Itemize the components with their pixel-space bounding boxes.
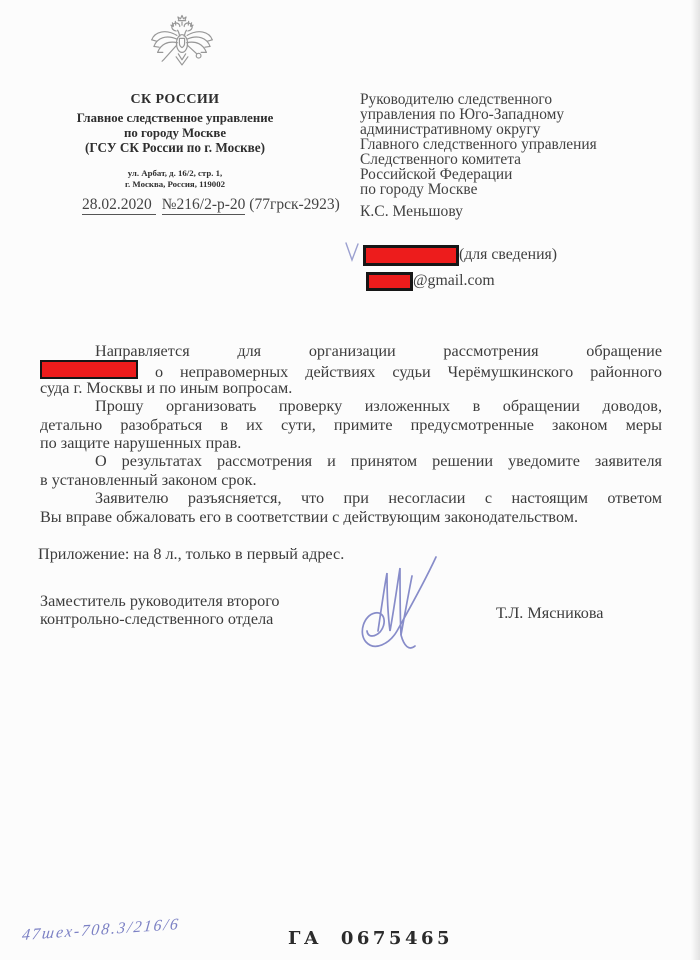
- letter-date: 28.02.2020: [82, 196, 156, 215]
- org-name: СК РОССИИ: [35, 92, 315, 108]
- letter-body: Направляется для организации рассмотрени…: [40, 342, 662, 526]
- letter-number-note: (77грск-2923): [245, 196, 339, 213]
- email-domain-label: @gmail.com: [413, 272, 495, 290]
- body-line: детально разобраться в их сути, примите …: [40, 416, 662, 434]
- org-abbreviation: (ГСУ СК России по г. Москве): [35, 140, 315, 156]
- org-department: Главное следственное управление по город…: [35, 111, 315, 140]
- signer-name: Т.Л. Мясникова: [496, 604, 604, 623]
- scanned-letter-page: { "colors":{ "redaction":"#ed1c1c", "red…: [0, 0, 700, 960]
- date-and-number-line: 28.02.2020№216/2-р-20 (77грск-2923): [82, 196, 340, 214]
- scan-edge-shadow: [691, 0, 700, 960]
- redacted-email-row: @gmail.com: [366, 271, 495, 291]
- recipient-line: по городу Москве: [360, 182, 660, 197]
- body-line: суда г. Москвы и по иным вопросам.: [40, 379, 662, 397]
- body-line: О результатах рассмотрения и принятом ре…: [40, 452, 662, 470]
- body-line-with-redaction: о неправомерных действиях судьи Черёмушк…: [40, 360, 662, 378]
- body-line: Направляется для организации рассмотрени…: [40, 342, 662, 360]
- recipient-block: Руководителю следственного управления по…: [360, 92, 660, 197]
- redaction-box: [363, 245, 459, 266]
- letter-number: №216/2-р-20: [162, 196, 246, 215]
- handwritten-case-number: 47шех-708.3/216/6: [21, 916, 181, 945]
- signer-position-line2: контрольно-следственного отдела: [40, 610, 280, 628]
- body-line: по защите нарушенных прав.: [40, 434, 662, 452]
- body-line: Вы вправе обжаловать его в соответствии …: [40, 508, 662, 526]
- recipient-line: Главного следственного управления: [360, 137, 660, 152]
- form-serial-number: ГА 0675465: [288, 928, 453, 949]
- body-line: Заявителю разъясняется, что при несоглас…: [40, 489, 662, 507]
- recipient-line: Следственного комитета: [360, 152, 660, 167]
- signer-position-line1: Заместитель руководителя второго: [40, 592, 280, 610]
- redaction-box: [40, 360, 138, 379]
- redacted-copy-row: (для сведения): [363, 244, 557, 266]
- recipient-line: управления по Юго-Западному: [360, 107, 660, 122]
- signature-ink: [333, 551, 453, 661]
- recipient-line: Российской Федерации: [360, 167, 660, 182]
- recipient-line: Руководителю следственного: [360, 92, 660, 107]
- copy-note-label: (для сведения): [459, 246, 557, 264]
- body-line: в установленный законом срок.: [40, 471, 662, 489]
- coat-of-arms-icon: [143, 14, 221, 76]
- org-address: ул. Арбат, д. 16/2, стр. 1, г. Москва, Р…: [35, 168, 315, 189]
- org-department-line1: Главное следственное управление: [35, 111, 315, 126]
- signer-position: Заместитель руководителя второго контрол…: [40, 592, 280, 628]
- recipient-name: К.С. Меньшову: [360, 203, 463, 221]
- org-address-line2: г. Москва, Россия, 119002: [35, 179, 315, 190]
- pen-check-mark: [344, 240, 360, 264]
- attachment-note: Приложение: на 8 л., только в первый адр…: [38, 545, 344, 564]
- org-address-line1: ул. Арбат, д. 16/2, стр. 1,: [35, 168, 315, 179]
- recipient-line: административному округу: [360, 122, 660, 137]
- org-department-line2: по городу Москве: [35, 126, 315, 141]
- body-line: Прошу организовать проверку изложенных в…: [40, 397, 662, 415]
- redaction-box: [366, 272, 413, 291]
